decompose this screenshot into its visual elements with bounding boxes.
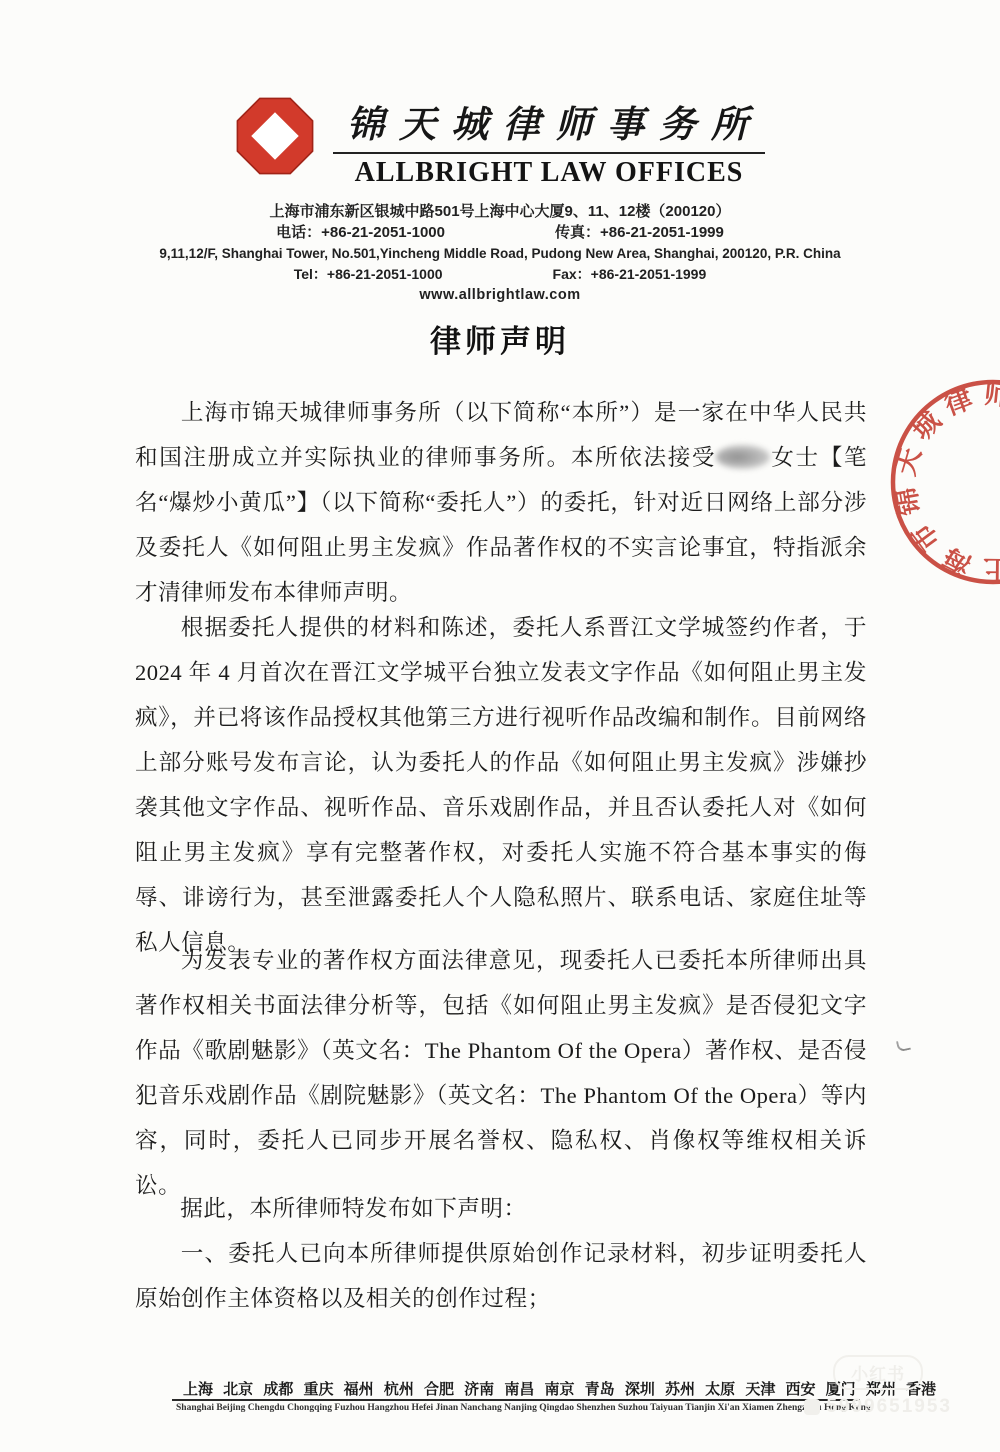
app-watermark-name: 小红书	[833, 1355, 923, 1390]
phone-fax-chinese: 电话：+86-21-2051-1000传真：+86-21-2051-1999	[0, 223, 1000, 242]
office-cities-english: Shanghai Beijing Chengdu Chongqing Fuzho…	[176, 1403, 840, 1413]
paragraph-declaration-lead: 据此，本所律师特发布如下声明：	[135, 1186, 867, 1231]
paragraph-legal-opinion-text: 为发表专业的著作权方面法律意见，现委托人已委托本所律师出具著作权相关书面法律分析…	[135, 948, 867, 1198]
website-url: www.allbrightlaw.com	[0, 286, 1000, 305]
tel-chinese: 电话：+86-21-2051-1000	[276, 224, 445, 241]
scan-artifact-mark	[896, 1039, 911, 1052]
document-title: 律师声明	[0, 316, 1000, 361]
app-watermark: 小红书 5999651953	[804, 1355, 952, 1418]
address-english: 9,11,12/F, Shanghai Tower, No.501,Yinche…	[0, 244, 1000, 263]
tel-english: Tel：+86-21-2051-1000	[294, 266, 443, 282]
fax-chinese: 传真：+86-21-2051-1999	[555, 224, 724, 241]
letterhead-addresses: 上海市浦东新区银城中路501号上海中心大厦9、11、12楼（200120） 电话…	[0, 202, 1000, 305]
redacted-client-name	[716, 445, 770, 469]
paragraph-background: 根据委托人提供的材料和陈述，委托人系晋江文学城签约作者，于 2024 年 4 月…	[135, 605, 867, 965]
brand-names: 锦天城律师事务所 ALLBRIGHT LAW OFFICES	[333, 94, 765, 189]
scanned-legal-statement-page: 锦天城律师事务所 ALLBRIGHT LAW OFFICES 上海市浦东新区银城…	[0, 0, 1000, 1452]
app-watermark-logo-icon	[804, 1399, 820, 1415]
firm-name-english: ALLBRIGHT LAW OFFICES	[333, 152, 765, 189]
app-watermark-id-row: 5999651953	[804, 1396, 952, 1418]
paragraph-declaration-item-1-text: 一、委托人已向本所律师提供原始创作记录材料，初步证明委托人原始创作主体资格以及相…	[135, 1241, 867, 1311]
firm-name-chinese: 锦天城律师事务所	[333, 94, 765, 152]
paragraph-intro: 上海市锦天城律师事务所（以下简称“本所”）是一家在中华人民共和国注册成立并实际执…	[135, 390, 867, 615]
footer-divider	[172, 1399, 860, 1401]
paragraph-legal-opinion: 为发表专业的著作权方面法律意见，现委托人已委托本所律师出具著作权相关书面法律分析…	[135, 938, 867, 1208]
letterhead: 锦天城律师事务所 ALLBRIGHT LAW OFFICES 上海市浦东新区银城…	[0, 94, 1000, 305]
seal-text: 上海市锦天城律师事务所	[867, 357, 1000, 608]
red-office-seal: 上海市锦天城律师事务所	[857, 346, 1000, 618]
phone-fax-english: Tel：+86-21-2051-1000Fax：+86-21-2051-1999	[0, 265, 1000, 284]
paragraph-background-text: 根据委托人提供的材料和陈述，委托人系晋江文学城签约作者，于 2024 年 4 月…	[135, 615, 867, 955]
address-chinese: 上海市浦东新区银城中路501号上海中心大厦9、11、12楼（200120）	[0, 202, 1000, 221]
svg-text:上海市锦天城律师事务所: 上海市锦天城律师事务所	[867, 357, 1000, 608]
paragraph-declaration-lead-text: 据此，本所律师特发布如下声明：	[180, 1196, 526, 1221]
paragraph-declaration-item-1: 一、委托人已向本所律师提供原始创作记录材料，初步证明委托人原始创作主体资格以及相…	[135, 1231, 867, 1321]
allbright-logo-icon	[235, 96, 315, 176]
app-watermark-id: 5999651953	[826, 1396, 952, 1418]
fax-english: Fax：+86-21-2051-1999	[553, 266, 707, 282]
brand-row: 锦天城律师事务所 ALLBRIGHT LAW OFFICES	[0, 94, 1000, 189]
office-cities-chinese: 上海 北京 成都 重庆 福州 杭州 合肥 济南 南昌 南京 青岛 深圳 苏州 太…	[183, 1378, 811, 1399]
